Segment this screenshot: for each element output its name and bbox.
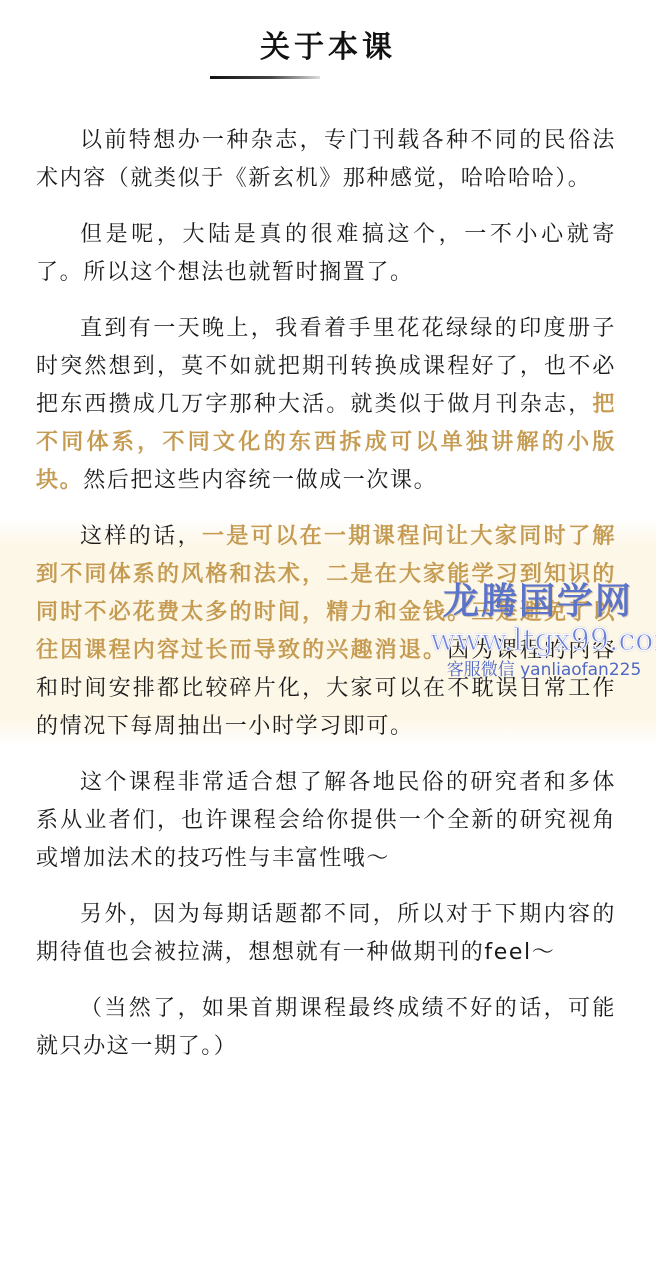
- paragraph-text: 直到有一天晚上，我看着手里花花绿绿的印度册子时突然想到，莫不如就把期刊转换成课程…: [36, 316, 616, 417]
- paragraph-text: 这样的话，: [80, 524, 202, 549]
- title-underline: [210, 76, 320, 79]
- page-title: 关于本课: [0, 22, 656, 66]
- paragraph-7: （当然了，如果首期课程最终成绩不好的话，可能就只办这一期了。）: [36, 990, 616, 1066]
- paragraph-3: 直到有一天晚上，我看着手里花花绿绿的印度册子时突然想到，莫不如就把期刊转换成课程…: [36, 310, 616, 500]
- paragraph-2: 但是呢，大陆是真的很难搞这个，一不小心就寄了。所以这个想法也就暂时搁置了。: [36, 216, 616, 292]
- paragraph-5: 这个课程非常适合想了解各地民俗的研究者和多体系从业者们，也许课程会给你提供一个全…: [36, 764, 616, 878]
- paragraph-text: 但是呢，大陆是真的很难搞这个，一不小心就寄了。所以这个想法也就暂时搁置了。: [36, 222, 616, 285]
- paragraph-text: 这个课程非常适合想了解各地民俗的研究者和多体系从业者们，也许课程会给你提供一个全…: [36, 770, 616, 871]
- paragraph-text: 另外，因为每期话题都不同，所以对于下期内容的期待值也会被拉满，想想就有一种做期刊…: [36, 902, 616, 965]
- paragraph-text: 以前特想办一种杂志，专门刊载各种不同的民俗法术内容（就类似于《新玄机》那种感觉，…: [36, 128, 616, 191]
- paragraph-text: （当然了，如果首期课程最终成绩不好的话，可能就只办这一期了。）: [36, 996, 616, 1059]
- paragraph-6: 另外，因为每期话题都不同，所以对于下期内容的期待值也会被拉满，想想就有一种做期刊…: [36, 896, 616, 972]
- paragraph-4: 这样的话，一是可以在一期课程问让大家同时了解到不同体系的风格和法术，二是在大家能…: [0, 518, 656, 746]
- paragraph-1: 以前特想办一种杂志，专门刊载各种不同的民俗法术内容（就类似于《新玄机》那种感觉，…: [36, 122, 616, 198]
- paragraph-text: 然后把这些内容统一做成一次课。: [83, 468, 437, 493]
- article-body: 以前特想办一种杂志，专门刊载各种不同的民俗法术内容（就类似于《新玄机》那种感觉，…: [36, 122, 616, 1084]
